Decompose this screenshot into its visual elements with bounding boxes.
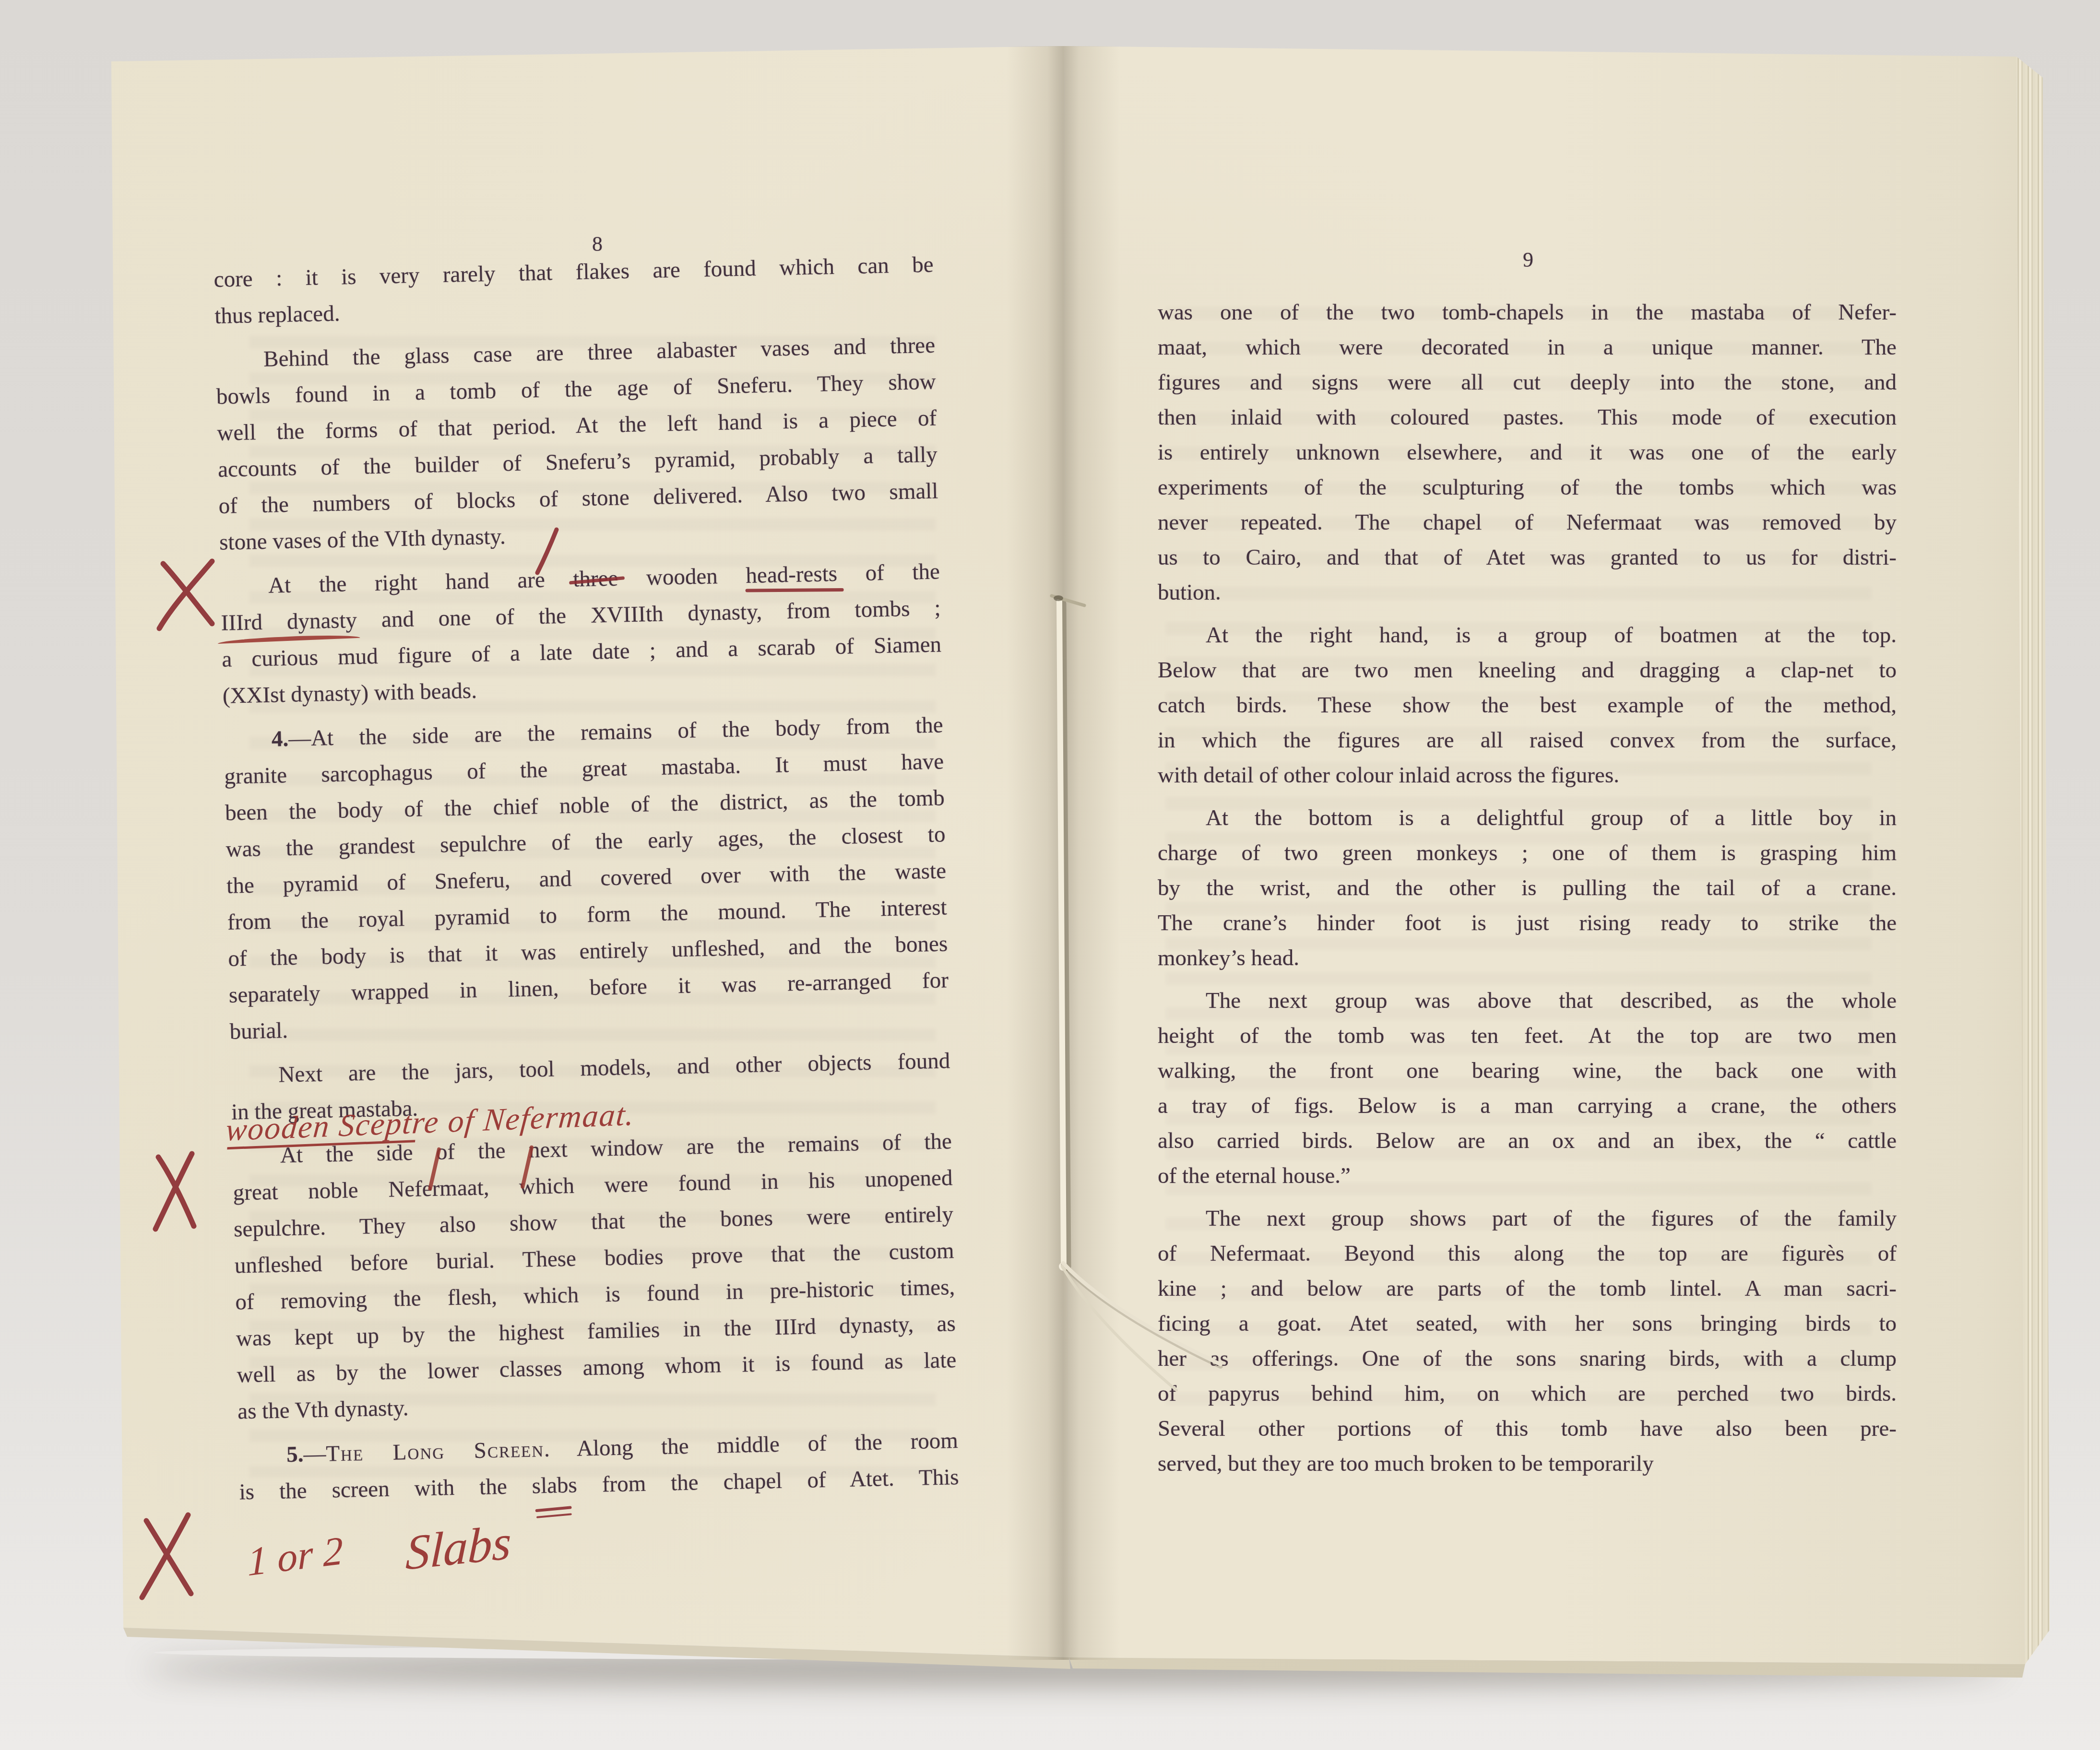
text-line: walking, the front one bearing wine, the… bbox=[1158, 1053, 1897, 1088]
text-segment: The next group was above that described,… bbox=[1206, 988, 1897, 1013]
text-segment: and one of the XVIIIth dynasty, from tom… bbox=[356, 595, 941, 632]
text-line: maat, which were decorated in a unique m… bbox=[1158, 330, 1897, 365]
text-line: in which the figures are all raised conv… bbox=[1158, 723, 1897, 758]
text-segment: At the bottom is a delightful group of a… bbox=[1206, 805, 1897, 830]
text-line: a tray of figs. Below is a man carrying … bbox=[1158, 1088, 1897, 1123]
paragraph: At the right hand, is a group of boatmen… bbox=[1158, 618, 1897, 793]
paragraph: core : it is very rarely that flakes are… bbox=[214, 247, 935, 334]
handwritten-bottom-note-word: Slabs bbox=[405, 1514, 512, 1582]
text-segment: ficing a goat. Atet seated, with her son… bbox=[1158, 1311, 1897, 1336]
text-line: is entirely unknown elsewhere, and it wa… bbox=[1158, 435, 1897, 470]
text-segment: experiments of the sculpturing of the to… bbox=[1158, 475, 1897, 500]
paragraph: At the right hand are three wooden head-… bbox=[220, 553, 942, 714]
text-segment: thus replaced. bbox=[214, 301, 340, 329]
text-segment: charge of two green monkeys ; one of the… bbox=[1158, 840, 1897, 865]
text-segment: with detail of other colour inlaid acros… bbox=[1158, 763, 1619, 788]
text-line: of the eternal house.” bbox=[1158, 1159, 1897, 1194]
text-line: with detail of other colour inlaid acros… bbox=[1158, 758, 1897, 793]
text-segment: also carried birds. Below are an ox and … bbox=[1158, 1128, 1897, 1153]
left-page-text: core : it is very rarely that flakes are… bbox=[214, 247, 959, 1511]
text-line: At the right hand, is a group of boatmen… bbox=[1158, 618, 1897, 653]
text-line: The next group shows part of the figures… bbox=[1158, 1201, 1897, 1236]
paragraph: was one of the two tomb-chapels in the m… bbox=[1158, 295, 1897, 610]
double-underlined-word: slabs bbox=[532, 1473, 577, 1499]
page-number-left: 8 bbox=[573, 234, 621, 255]
text-segment: 5. bbox=[286, 1442, 304, 1467]
text-line: kine ; and below are parts of the tomb l… bbox=[1158, 1271, 1897, 1306]
paragraph: Behind the glass case are three alabaste… bbox=[215, 327, 939, 561]
text-segment: us to Cairo, and that of Atet was grante… bbox=[1158, 545, 1897, 570]
text-segment: by the wrist, and the other is pulling t… bbox=[1158, 875, 1897, 900]
text-segment: from the chapel of Atet. This bbox=[577, 1465, 959, 1498]
text-segment: 4. bbox=[271, 726, 288, 752]
text-segment: served, but they are too much broken to … bbox=[1158, 1451, 1654, 1476]
text-line: bution. bbox=[1158, 575, 1897, 610]
text-segment: At the right hand, is a group of boatmen… bbox=[1206, 623, 1897, 648]
text-segment: of the bbox=[837, 559, 940, 586]
text-line: of papyrus behind him, on which are perc… bbox=[1158, 1376, 1897, 1411]
text-segment: maat, which were decorated in a unique m… bbox=[1158, 335, 1897, 360]
text-line: ficing a goat. Atet seated, with her son… bbox=[1158, 1306, 1897, 1341]
text-segment: wooden bbox=[618, 563, 746, 591]
text-line: also carried birds. Below are an ox and … bbox=[1158, 1123, 1897, 1159]
text-line: us to Cairo, and that of Atet was grante… bbox=[1158, 540, 1897, 575]
text-line: experiments of the sculpturing of the to… bbox=[1158, 470, 1897, 505]
text-segment: height of the tomb was ten feet. At the … bbox=[1158, 1023, 1897, 1048]
text-segment: stone vases of the VIth dynasty. bbox=[219, 524, 506, 555]
red-underlined-word: head-rests bbox=[746, 561, 838, 588]
paragraph: The next group shows part of the figures… bbox=[1158, 1201, 1897, 1481]
text-segment: as the Vth dynasty. bbox=[237, 1395, 409, 1424]
small-caps-heading: The Long Screen bbox=[326, 1437, 545, 1466]
text-line: monkey’s head. bbox=[1158, 941, 1897, 976]
text-line: by the wrist, and the other is pulling t… bbox=[1158, 871, 1897, 906]
gutter-shadow bbox=[1007, 46, 1120, 1660]
text-line: Below that are two men kneeling and drag… bbox=[1158, 653, 1897, 688]
text-line: The crane’s hinder foot is just rising r… bbox=[1158, 906, 1897, 941]
text-segment: a tray of figs. Below is a man carrying … bbox=[1158, 1093, 1897, 1118]
text-segment: then inlaid with coloured pastes. This m… bbox=[1158, 405, 1897, 430]
text-segment: is entirely unknown elsewhere, and it wa… bbox=[1158, 440, 1897, 465]
text-segment: (XXIst dynasty) with beads. bbox=[222, 678, 477, 709]
text-segment: is the screen with the bbox=[239, 1474, 532, 1505]
text-segment: — bbox=[303, 1442, 326, 1467]
text-segment: figures and signs were all cut deeply in… bbox=[1158, 370, 1897, 395]
text-segment: never repeated. The chapel of Nefermaat … bbox=[1158, 510, 1897, 535]
text-segment: Below that are two men kneeling and drag… bbox=[1158, 658, 1897, 683]
text-segment: Several other portions of this tomb have… bbox=[1158, 1416, 1897, 1441]
text-line: never repeated. The chapel of Nefermaat … bbox=[1158, 505, 1897, 540]
text-line: Several other portions of this tomb have… bbox=[1158, 1411, 1897, 1446]
text-segment: was one of the two tomb-chapels in the m… bbox=[1158, 300, 1897, 325]
text-segment: her as offerings. One of the sons snarin… bbox=[1158, 1346, 1897, 1371]
text-segment: in which the figures are all raised conv… bbox=[1158, 728, 1897, 753]
text-segment: The next group shows part of the figures… bbox=[1206, 1206, 1897, 1231]
text-segment: The crane’s hinder foot is just rising r… bbox=[1158, 910, 1897, 935]
paragraph: 4.—At the side are the remains of the bo… bbox=[223, 707, 949, 1050]
text-segment: kine ; and below are parts of the tomb l… bbox=[1158, 1276, 1897, 1301]
paragraph: At the bottom is a delightful group of a… bbox=[1158, 801, 1897, 976]
text-line: charge of two green monkeys ; one of the… bbox=[1158, 836, 1897, 871]
text-line: At the bottom is a delightful group of a… bbox=[1158, 801, 1897, 836]
text-segment: bution. bbox=[1158, 580, 1221, 605]
text-line: of Nefermaat. Beyond this along the top … bbox=[1158, 1236, 1897, 1271]
text-segment: catch birds. These show the best example… bbox=[1158, 693, 1897, 718]
text-segment: of papyrus behind him, on which are perc… bbox=[1158, 1381, 1897, 1406]
text-segment: burial. bbox=[229, 1018, 288, 1044]
text-line: her as offerings. One of the sons snarin… bbox=[1158, 1341, 1897, 1376]
text-segment: walking, the front one bearing wine, the… bbox=[1158, 1058, 1897, 1083]
paragraph: 5.—The Long Screen. Along the middle of … bbox=[238, 1422, 959, 1510]
text-line: The next group was above that described,… bbox=[1158, 983, 1897, 1018]
text-line: figures and signs were all cut deeply in… bbox=[1158, 365, 1897, 400]
text-line: then inlaid with coloured pastes. This m… bbox=[1158, 400, 1897, 435]
page-number-right: 9 bbox=[1504, 249, 1552, 271]
text-line: served, but they are too much broken to … bbox=[1158, 1446, 1897, 1481]
text-segment: At the right hand are bbox=[268, 567, 573, 598]
text-segment: of Nefermaat. Beyond this along the top … bbox=[1158, 1241, 1897, 1266]
struck-out-word: three bbox=[573, 566, 618, 591]
text-line: was one of the two tomb-chapels in the m… bbox=[1158, 295, 1897, 330]
text-line: catch birds. These show the best example… bbox=[1158, 688, 1897, 723]
text-segment: monkey’s head. bbox=[1158, 946, 1299, 970]
text-line: height of the tomb was ten feet. At the … bbox=[1158, 1018, 1897, 1053]
paragraph: The next group was above that described,… bbox=[1158, 983, 1897, 1194]
red-underlined-phrase: IIIrd dynasty bbox=[221, 608, 357, 636]
paragraph: At the side of the next window are the r… bbox=[232, 1123, 957, 1430]
right-page-text: was one of the two tomb-chapels in the m… bbox=[1158, 295, 1897, 1481]
text-segment: . Along the middle of the room bbox=[544, 1428, 958, 1462]
photograph-of-open-booklet: 8 9 core : it is very rarely that flakes… bbox=[0, 0, 2100, 1750]
text-segment: of the eternal house.” bbox=[1158, 1163, 1351, 1188]
